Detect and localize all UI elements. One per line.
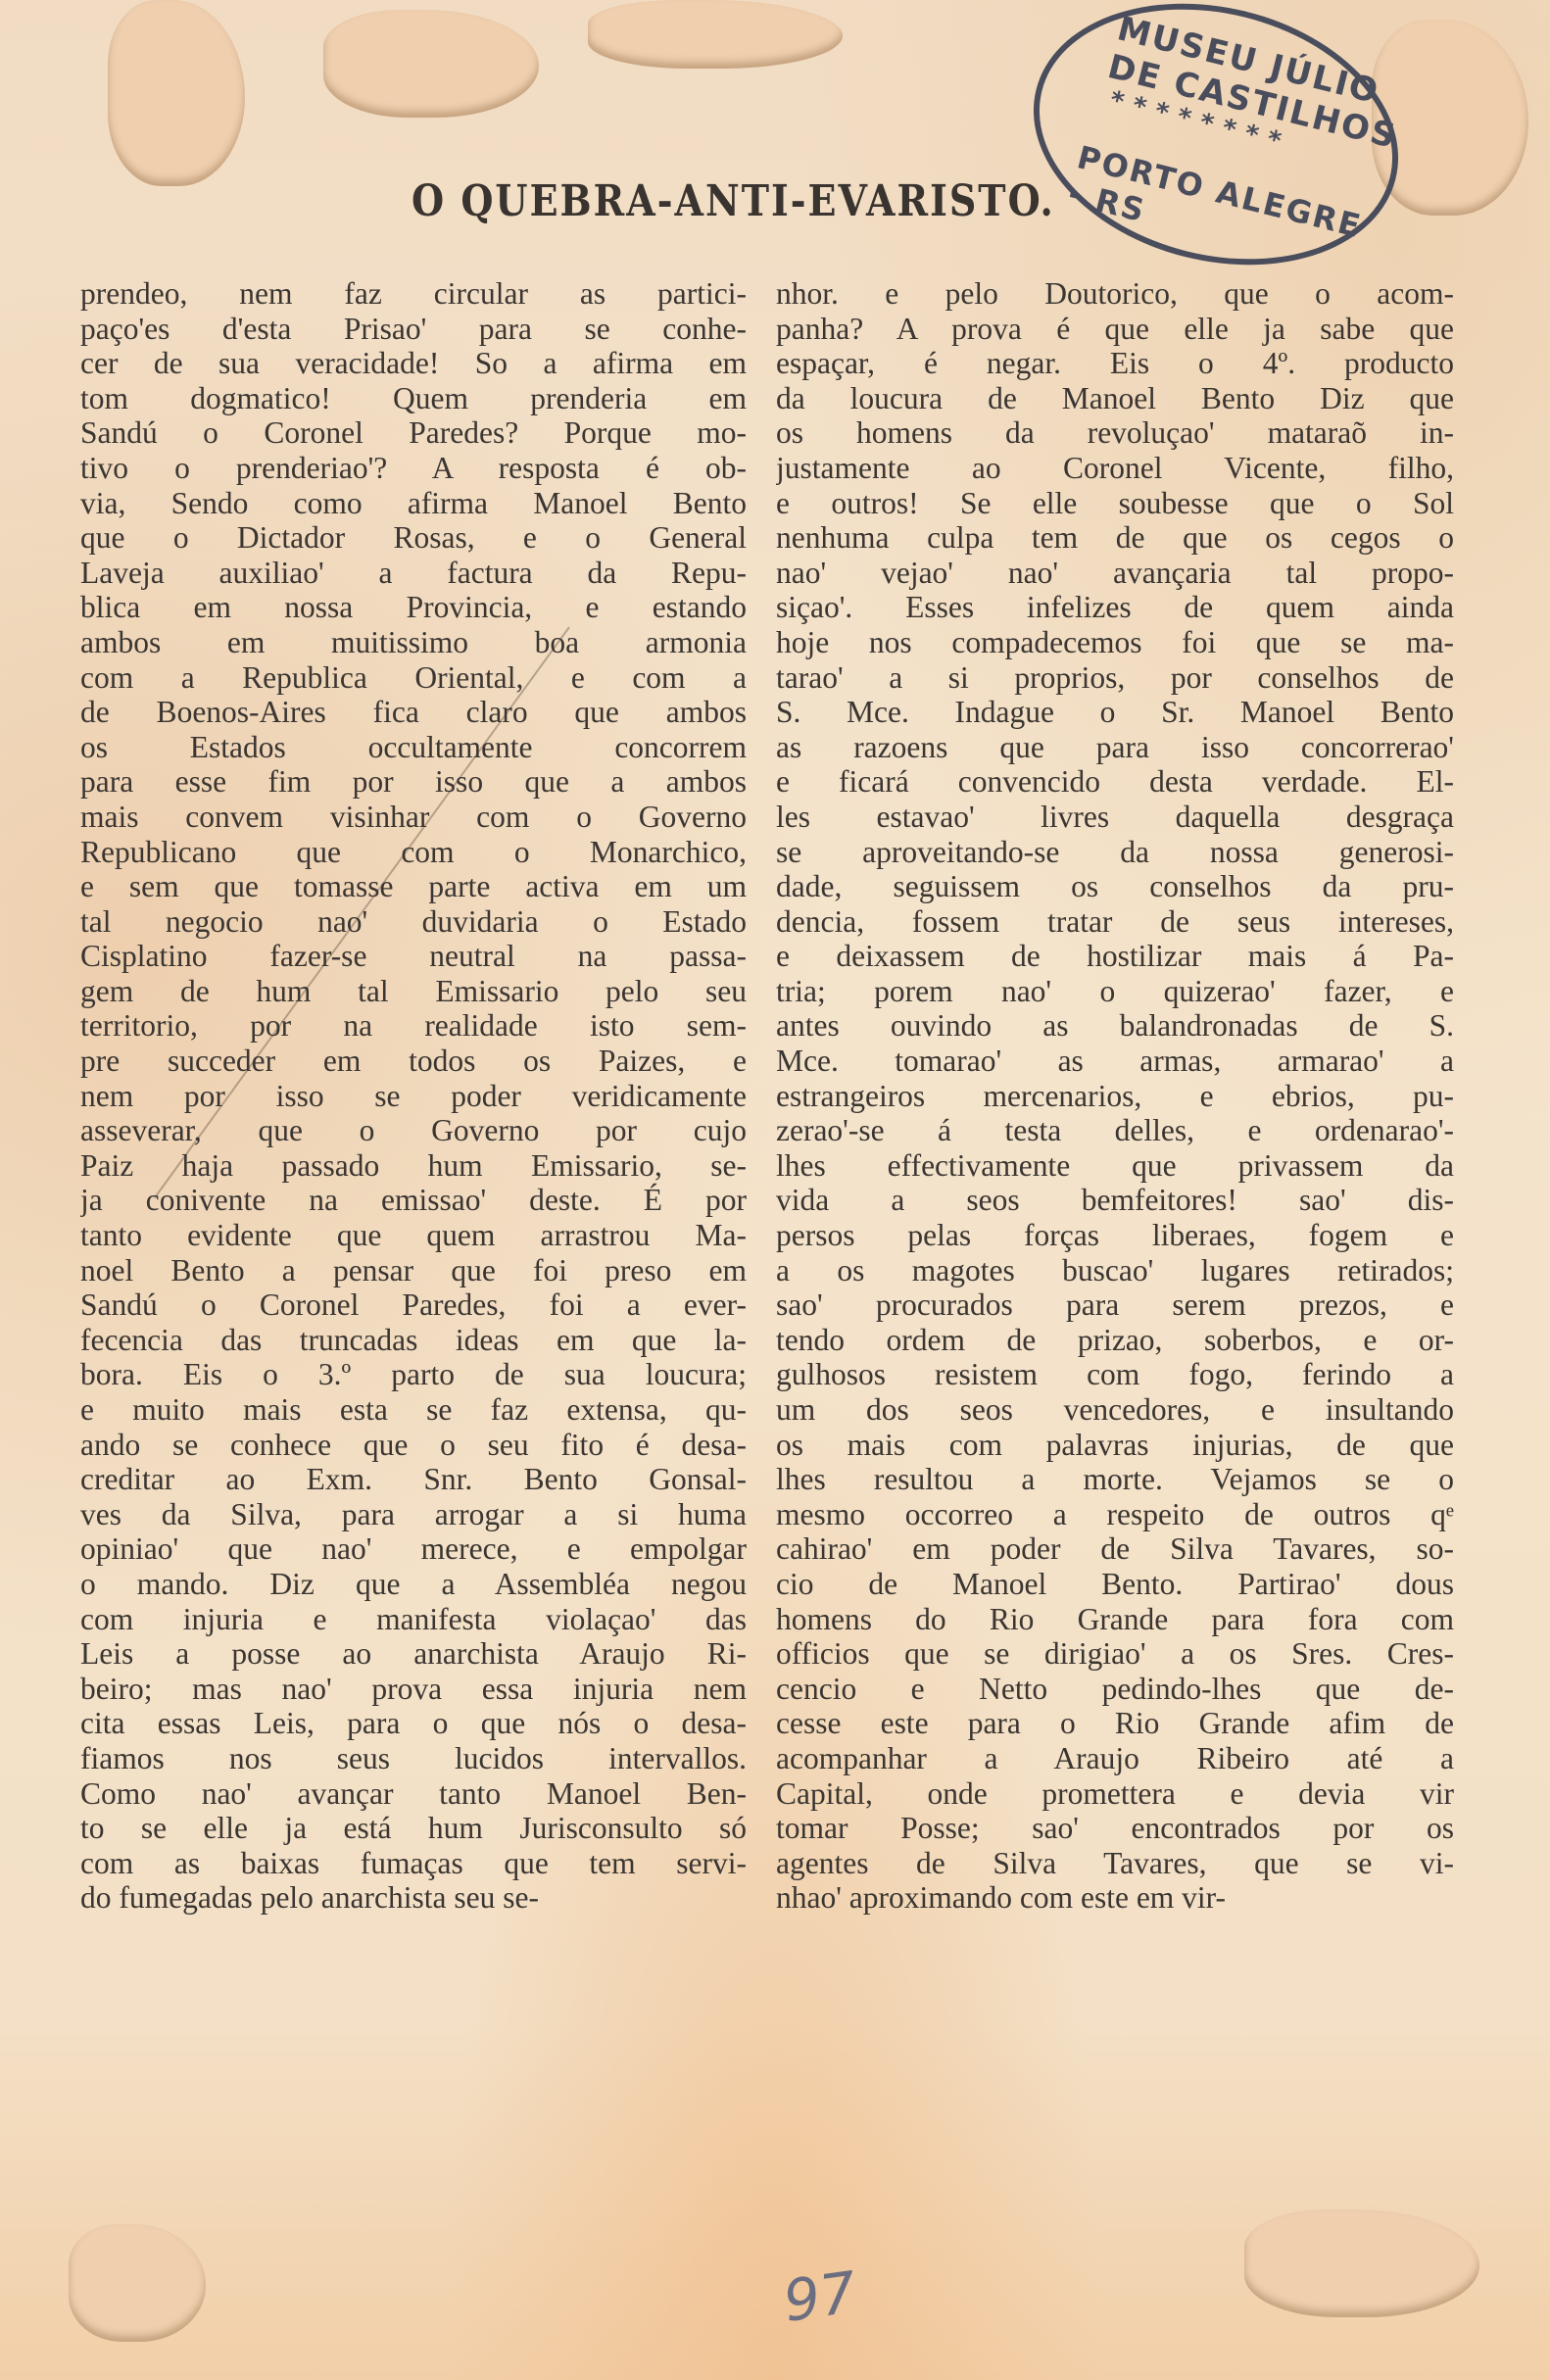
text-line: Mce. tomarao' as armas, armarao' a xyxy=(776,1044,1454,1079)
text-line: nenhuma culpa tem de que os cegos o xyxy=(776,520,1454,556)
text-line: cita essas Leis, para o que nós o desa- xyxy=(80,1706,747,1741)
text-line: agentes de Silva Tavares, que se vi- xyxy=(776,1846,1454,1881)
text-line: as razoens que para isso concorrerao' xyxy=(776,730,1454,765)
text-line: e deixassem de hostilizar mais á Pa- xyxy=(776,939,1454,974)
text-line: fiamos nos seus lucidos intervallos. xyxy=(80,1741,747,1776)
text-line: persos pelas forças liberaes, fogem e xyxy=(776,1218,1454,1253)
text-line: Como nao' avançar tanto Manoel Ben- xyxy=(80,1776,747,1812)
text-line: Cisplatino fazer-se neutral na passa- xyxy=(80,939,747,974)
text-line: panha? A prova é que elle ja sabe que xyxy=(776,312,1454,347)
text-line: beiro; mas nao' prova essa injuria nem xyxy=(80,1672,747,1707)
text-line: lhes effectivamente que privassem da xyxy=(776,1148,1454,1184)
text-line: o mando. Diz que a Assembléa negou xyxy=(80,1567,747,1602)
text-line: lhes resultou a morte. Vejamos se o xyxy=(776,1462,1454,1497)
handwritten-page-number: 97 xyxy=(780,2259,861,2335)
text-line: cio de Manoel Bento. Partirao' dous xyxy=(776,1567,1454,1602)
right-column: nhor. e pelo Doutorico, que o acom-panha… xyxy=(776,276,1454,1916)
text-line: pre succeder em todos os Paizes, e xyxy=(80,1044,747,1079)
text-line: paço'es d'esta Prisao' para se conhe- xyxy=(80,312,747,347)
text-line: estrangeiros mercenarios, e ebrios, pu- xyxy=(776,1079,1454,1114)
text-line: e outros! Se elle soubesse que o Sol xyxy=(776,486,1454,521)
text-line: nem por isso se poder veridicamente xyxy=(80,1079,747,1114)
text-line: siçao'. Esses infelizes de quem ainda xyxy=(776,590,1454,625)
text-line: Leis a posse ao anarchista Araujo Ri- xyxy=(80,1636,747,1672)
text-line: gem de hum tal Emissario pelo seu xyxy=(80,974,747,1009)
text-line: ja conivente na emissao' deste. É por xyxy=(80,1183,747,1218)
text-line: do fumegadas pelo anarchista seu se- xyxy=(80,1880,747,1916)
text-line: tendo ordem de prizao, soberbos, e or- xyxy=(776,1323,1454,1358)
text-line: gulhosos resistem com fogo, ferindo a xyxy=(776,1357,1454,1392)
text-line: fecencia das truncadas ideas em que la- xyxy=(80,1323,747,1358)
text-line: Laveja auxiliao' a factura da Repu- xyxy=(80,556,747,591)
text-line: tom dogmatico! Quem prenderia em xyxy=(80,381,747,416)
text-line: antes ouvindo as balandronadas de S. xyxy=(776,1008,1454,1044)
text-line: se aproveitando-se da nossa generosi- xyxy=(776,835,1454,870)
text-line: cer de sua veracidade! So a afirma em xyxy=(80,346,747,381)
text-line: cesse este para o Rio Grande afim de xyxy=(776,1706,1454,1741)
text-line: com injuria e manifesta violaçao' das xyxy=(80,1602,747,1637)
text-line: tomar Posse; sao' encontrados por os xyxy=(776,1811,1454,1846)
text-line: Sandú o Coronel Paredes, foi a ever- xyxy=(80,1287,747,1323)
text-line: noel Bento a pensar que foi preso em xyxy=(80,1253,747,1288)
text-line: nhor. e pelo Doutorico, que o acom- xyxy=(776,276,1454,312)
text-line: les estavao' livres daquella desgraça xyxy=(776,800,1454,835)
text-line: ando se conhece que o seu fito é desa- xyxy=(80,1428,747,1463)
text-line: nao' vejao' nao' avançaria tal propo- xyxy=(776,556,1454,591)
text-line: os mais com palavras injurias, de que xyxy=(776,1428,1454,1463)
text-line: ambos em muitissimo boa armonia xyxy=(80,625,747,660)
text-line: bora. Eis o 3.º parto de sua loucura; xyxy=(80,1357,747,1392)
text-line: to se elle ja está hum Jurisconsulto só xyxy=(80,1811,747,1846)
text-line: tria; porem nao' o quizerao' fazer, e xyxy=(776,974,1454,1009)
text-line: ves da Silva, para arrogar a si huma xyxy=(80,1497,747,1532)
text-line: e ficará convencido desta verdade. El- xyxy=(776,764,1454,800)
text-line: que o Dictador Rosas, e o General xyxy=(80,520,747,556)
text-line: Republicano que com o Monarchico, xyxy=(80,835,747,870)
paper-damage-top-center2 xyxy=(588,0,843,69)
text-line: vida a seos bemfeitores! sao' dis- xyxy=(776,1183,1454,1218)
text-line: com as baixas fumaças que tem servi- xyxy=(80,1846,747,1881)
text-line: a os magotes buscao' lugares retirados; xyxy=(776,1253,1454,1288)
text-line: Sandú o Coronel Paredes? Porque mo- xyxy=(80,415,747,451)
text-line: cahirao' em poder de Silva Tavares, so- xyxy=(776,1531,1454,1567)
text-line: os Estados occultamente concorrem xyxy=(80,730,747,765)
left-column: prendeo, nem faz circular as partici-paç… xyxy=(80,276,747,1916)
text-line: officios que se dirigiao' a os Sres. Cre… xyxy=(776,1636,1454,1672)
text-line: dade, seguissem os conselhos da pru- xyxy=(776,869,1454,904)
text-line: tanto evidente que quem arrastrou Ma- xyxy=(80,1218,747,1253)
text-line: mais convem visinhar com o Governo xyxy=(80,800,747,835)
paper-damage-bottom-right xyxy=(1244,2210,1479,2317)
text-line: e muito mais esta se faz extensa, qu- xyxy=(80,1392,747,1428)
text-line: hoje nos compadecemos foi que se ma- xyxy=(776,625,1454,660)
text-line: espaçar, é negar. Eis o 4º. producto xyxy=(776,346,1454,381)
text-line: homens do Rio Grande para fora com xyxy=(776,1602,1454,1637)
text-line: sao' procurados para serem prezos, e xyxy=(776,1287,1454,1323)
text-line: de Boenos-Aires fica claro que ambos xyxy=(80,695,747,730)
text-line: opiniao' que nao' merece, e empolgar xyxy=(80,1531,747,1567)
text-line: mesmo occorreo a respeito de outros qᵉ xyxy=(776,1497,1454,1532)
text-line: dencia, fossem tratar de seus intereses, xyxy=(776,904,1454,940)
paper-damage-bottom-left xyxy=(69,2224,206,2342)
page-title: O QUEBRA-ANTI-EVARISTO. xyxy=(412,175,1055,226)
text-line: zerao'-se á testa delles, e ordenarao'- xyxy=(776,1113,1454,1148)
text-line: da loucura de Manoel Bento Diz que xyxy=(776,381,1454,416)
text-line: para esse fim por isso que a ambos xyxy=(80,764,747,800)
text-line: nhao' aproximando com este em vir- xyxy=(776,1880,1454,1916)
text-line: prendeo, nem faz circular as partici- xyxy=(80,276,747,312)
text-line: S. Mce. Indague o Sr. Manoel Bento xyxy=(776,695,1454,730)
text-line: creditar ao Exm. Snr. Bento Gonsal- xyxy=(80,1462,747,1497)
text-line: Capital, onde promettera e devia vir xyxy=(776,1776,1454,1812)
text-line: tarao' a si proprios, por conselhos de xyxy=(776,660,1454,696)
text-line: cencio e Netto pedindo-lhes que de- xyxy=(776,1672,1454,1707)
text-line: acompanhar a Araujo Ribeiro até a xyxy=(776,1741,1454,1776)
text-line: tal negocio nao' duvidaria o Estado xyxy=(80,904,747,940)
text-line: um dos seos vencedores, e insultando xyxy=(776,1392,1454,1428)
text-line: e sem que tomasse parte activa em um xyxy=(80,869,747,904)
text-line: justamente ao Coronel Vicente, filho, xyxy=(776,451,1454,486)
text-line: blica em nossa Provincia, e estando xyxy=(80,590,747,625)
paper-damage-top-center xyxy=(323,10,539,118)
text-line: Paiz haja passado hum Emissario, se- xyxy=(80,1148,747,1184)
text-line: com a Republica Oriental, e com a xyxy=(80,660,747,696)
text-line: asseverar, que o Governo por cujo xyxy=(80,1113,747,1148)
text-line: territorio, por na realidade isto sem- xyxy=(80,1008,747,1044)
text-line: os homens da revoluçao' mataraõ in- xyxy=(776,415,1454,451)
text-line: tivo o prenderiao'? A resposta é ob- xyxy=(80,451,747,486)
text-line: via, Sendo como afirma Manoel Bento xyxy=(80,486,747,521)
